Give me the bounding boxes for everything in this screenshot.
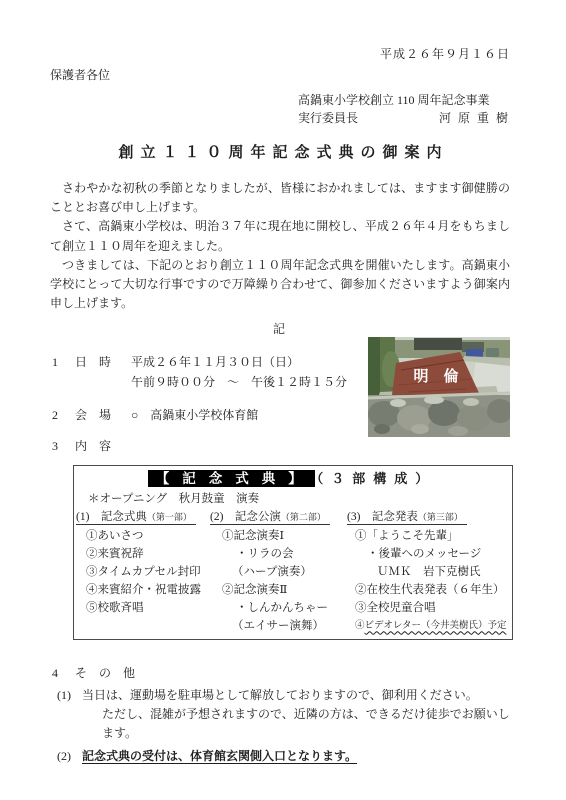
item-label: 日 時	[75, 352, 116, 372]
program-box: 【記念式典】（３部構成） ＊オープニング 秋月鼓童 演奏 (1) 記念式典（第一…	[73, 465, 513, 640]
monument-photo-image: 明 倫	[368, 337, 510, 437]
monument-inscription: 明 倫	[413, 367, 458, 385]
others-label: そ の 他	[75, 664, 135, 682]
column-2-header: (2) 記念公演（第二部）	[210, 508, 347, 526]
program-item: ①「ようこそ先輩」	[355, 527, 508, 545]
column-2-part-note: （第二部）	[281, 512, 326, 522]
column-1-header: (1) 記念式典（第一部）	[76, 508, 210, 526]
sender-signature: 実行委員長 河 原 重 樹	[298, 109, 510, 127]
column-3-header: (3) 記念発表（第三部）	[347, 508, 508, 526]
program-box-header: 【記念式典】（３部構成）	[76, 469, 508, 490]
program-column-2: (2) 記念公演（第二部） ①記念演奏Ⅰ ・リラの会 （ハープ演奏） ②記念演奏…	[210, 508, 347, 635]
document-title: 創立１１０周年記念式典の御案内	[50, 143, 510, 163]
program-item: ・しんかんちゃー	[236, 599, 347, 617]
others-section: 4 そ の 他 (1) 当日は、運動場を駐車場として解放しておりますので、御利用…	[52, 664, 510, 766]
program-column-3: (3) 記念発表（第三部） ①「ようこそ先輩」 ・後輩へのメッセージ ＵＭＫ 岩…	[347, 508, 508, 635]
item-contents: 3 内 容	[52, 436, 510, 456]
note-number: (2)	[57, 747, 82, 766]
program-item: ③タイムカプセル封印	[86, 563, 210, 581]
program-item: ②来賓祝辞	[86, 545, 210, 563]
note-number: (1)	[57, 686, 82, 743]
greeting-paragraph-2: さて、高鍋東小学校は、明治３７年に現在地に開校し、平成２６年４月をもちまして創立…	[50, 217, 510, 255]
program-item: ＵＭＫ 岩下克樹氏	[377, 563, 508, 581]
program-item: ⑤校歌斉唱	[86, 599, 210, 617]
note-body: 記念式典の受付は、体育館玄関側入口となります。	[82, 747, 510, 766]
column-3-part-note: （第三部）	[418, 512, 463, 522]
item-contents-row: 3 内 容	[52, 436, 510, 456]
program-item: ・後輩へのメッセージ	[367, 545, 508, 563]
greeting-paragraph-1: さわやかな初秋の季節となりましたが、皆様におかれましては、ますます御健勝のことと…	[50, 179, 510, 217]
note-body: 当日は、運動場を駐車場として解放しておりますので、御利用ください。 ただし、混雑…	[82, 686, 510, 743]
program-title-chip: 【記念式典】	[148, 470, 315, 487]
program-item: （エイサー演舞）	[232, 617, 347, 635]
others-number: 4	[52, 664, 75, 682]
sender-role: 実行委員長	[298, 109, 358, 127]
document-date: 平成２６年９月１６日	[50, 46, 510, 62]
item-label: 会 場	[75, 405, 116, 425]
program-item: ③全校児童合唱	[355, 599, 508, 617]
program-opening: ＊オープニング 秋月鼓童 演奏	[88, 490, 508, 508]
program-item: ①あいさつ	[86, 527, 210, 545]
program-item: ②記念演奏Ⅱ	[222, 581, 347, 599]
program-item-video-letter: ④ビデオレター（今井美樹氏）予定	[355, 617, 508, 635]
program-column-1: (1) 記念式典（第一部） ①あいさつ ②来賓祝辞 ③タイムカプセル封印 ④来賓…	[76, 508, 210, 635]
others-heading: 4 そ の 他	[52, 664, 510, 682]
program-item: ①記念演奏Ⅰ	[222, 527, 347, 545]
note-reception: (2) 記念式典の受付は、体育館玄関側入口となります。	[52, 747, 510, 766]
item-number: 2	[52, 405, 75, 425]
note-reception-text: 記念式典の受付は、体育館玄関側入口となります。	[82, 747, 510, 766]
record-marker: 記	[50, 320, 510, 338]
program-columns: (1) 記念式典（第一部） ①あいさつ ②来賓祝辞 ③タイムカプセル封印 ④来賓…	[76, 508, 508, 635]
video-letter-number: ④	[355, 621, 365, 631]
note-parking-line1: 当日は、運動場を駐車場として解放しておりますので、御利用ください。	[82, 686, 510, 705]
document-page: 平成２６年９月１６日 保護者各位 高鍋東小学校創立 110 周年記念事業 実行委…	[0, 0, 566, 800]
item-number: 1	[52, 352, 75, 372]
sender-block: 高鍋東小学校創立 110 周年記念事業 実行委員長 河 原 重 樹	[298, 91, 510, 127]
recipient: 保護者各位	[50, 67, 510, 83]
note-parking-line2: ただし、混雑が予想されますので、近隣の方は、できるだけ徒歩でお願いします。	[102, 705, 510, 743]
column-1-title: (1) 記念式典	[76, 511, 147, 523]
datetime-value: 平成２６年１１月３０日（日）	[131, 352, 299, 372]
column-2-title: (2) 記念公演	[210, 511, 281, 523]
column-3-title: (3) 記念発表	[347, 511, 418, 523]
item-number: 3	[52, 436, 75, 456]
monument-photo: 明 倫	[368, 337, 510, 437]
sender-name: 河 原 重 樹	[439, 109, 510, 127]
program-subtitle: （３部構成）	[317, 471, 437, 486]
note-parking: (1) 当日は、運動場を駐車場として解放しておりますので、御利用ください。 ただ…	[52, 686, 510, 743]
sender-organization: 高鍋東小学校創立 110 周年記念事業	[298, 91, 510, 109]
greeting-paragraph-3: つきましては、下記のとおり創立１１０周年記念式典を開催いたします。高鍋東小学校に…	[50, 256, 510, 314]
venue-value: ○ 高鍋東小学校体育館	[131, 405, 258, 425]
program-item: ④来賓紹介・祝電披露	[86, 581, 210, 599]
program-item: （ハープ演奏）	[232, 563, 347, 581]
column-1-part-note: （第一部）	[147, 512, 192, 522]
program-item: ②在校生代表発表（６年生）	[355, 581, 508, 599]
program-item: ・リラの会	[236, 545, 347, 563]
video-letter-text: ビデオレター（今井美樹氏）予定	[365, 621, 507, 631]
greeting-paragraphs: さわやかな初秋の季節となりましたが、皆様におかれましては、ますます御健勝のことと…	[50, 179, 510, 313]
item-label: 内 容	[75, 436, 116, 456]
